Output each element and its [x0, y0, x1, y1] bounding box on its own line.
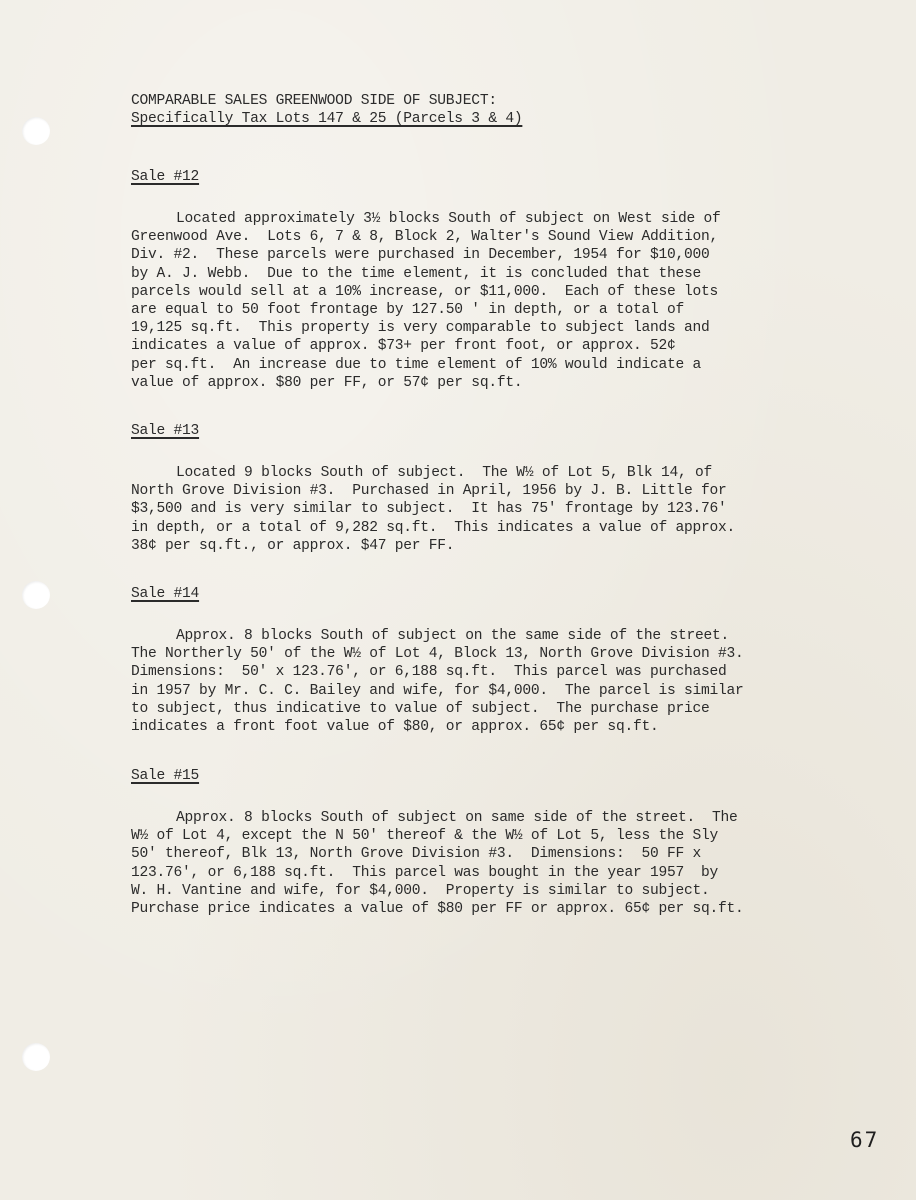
text-line: parcels would sell at a 10% increase, or…	[131, 283, 831, 301]
text-line: indicates a front foot value of $80, or …	[131, 718, 831, 736]
sale-section-14: Sale #14 Approx. 8 blocks South of subje…	[131, 585, 831, 736]
text-line: Approx. 8 blocks South of subject on sam…	[131, 809, 831, 827]
text-line: 38¢ per sq.ft., or approx. $47 per FF.	[131, 537, 831, 555]
text-line: Located 9 blocks South of subject. The W…	[131, 464, 831, 482]
text-line: $3,500 and is very similar to subject. I…	[131, 500, 831, 518]
text-line: W½ of Lot 4, except the N 50' thereof & …	[131, 827, 831, 845]
sale-section-15: Sale #15 Approx. 8 blocks South of subje…	[131, 767, 831, 918]
text-line: Approx. 8 blocks South of subject on the…	[131, 627, 831, 645]
text-line: in 1957 by Mr. C. C. Bailey and wife, fo…	[131, 682, 831, 700]
text-line: indicates a value of approx. $73+ per fr…	[131, 337, 831, 355]
text-line: value of approx. $80 per FF, or 57¢ per …	[131, 374, 831, 392]
document-subtitle: Specifically Tax Lots 147 & 25 (Parcels …	[131, 110, 811, 128]
binder-hole	[22, 581, 50, 609]
text-line: are equal to 50 foot frontage by 127.50 …	[131, 301, 831, 319]
text-line: Div. #2. These parcels were purchased in…	[131, 246, 831, 264]
sale-heading: Sale #15	[131, 767, 199, 785]
text-line: per sq.ft. An increase due to time eleme…	[131, 356, 831, 374]
document-body: COMPARABLE SALES GREENWOOD SIDE OF SUBJE…	[131, 92, 811, 128]
document-title: COMPARABLE SALES GREENWOOD SIDE OF SUBJE…	[131, 92, 811, 110]
text-line: Greenwood Ave. Lots 6, 7 & 8, Block 2, W…	[131, 228, 831, 246]
sale-paragraph: Approx. 8 blocks South of subject on the…	[131, 627, 831, 736]
sale-section-12: Sale #12 Located approximately 3½ blocks…	[131, 168, 831, 392]
text-line: by A. J. Webb. Due to the time element, …	[131, 265, 831, 283]
binder-hole	[22, 1043, 50, 1071]
binder-hole	[22, 117, 50, 145]
text-line: in depth, or a total of 9,282 sq.ft. Thi…	[131, 519, 831, 537]
text-line: to subject, thus indicative to value of …	[131, 700, 831, 718]
text-line: Located approximately 3½ blocks South of…	[131, 210, 831, 228]
page-number: 67	[850, 1128, 879, 1152]
text-line: 50' thereof, Blk 13, North Grove Divisio…	[131, 845, 831, 863]
text-line: North Grove Division #3. Purchased in Ap…	[131, 482, 831, 500]
text-line: W. H. Vantine and wife, for $4,000. Prop…	[131, 882, 831, 900]
sale-heading: Sale #14	[131, 585, 199, 603]
text-line: 123.76', or 6,188 sq.ft. This parcel was…	[131, 864, 831, 882]
text-line: Purchase price indicates a value of $80 …	[131, 900, 831, 918]
sale-paragraph: Approx. 8 blocks South of subject on sam…	[131, 809, 831, 918]
text-line: The Northerly 50' of the W½ of Lot 4, Bl…	[131, 645, 831, 663]
sale-paragraph: Located approximately 3½ blocks South of…	[131, 210, 831, 392]
sale-heading: Sale #12	[131, 168, 199, 186]
text-line: Dimensions: 50' x 123.76', or 6,188 sq.f…	[131, 663, 831, 681]
sale-paragraph: Located 9 blocks South of subject. The W…	[131, 464, 831, 555]
sale-section-13: Sale #13 Located 9 blocks South of subje…	[131, 422, 831, 555]
text-line: 19,125 sq.ft. This property is very comp…	[131, 319, 831, 337]
sale-heading: Sale #13	[131, 422, 199, 440]
